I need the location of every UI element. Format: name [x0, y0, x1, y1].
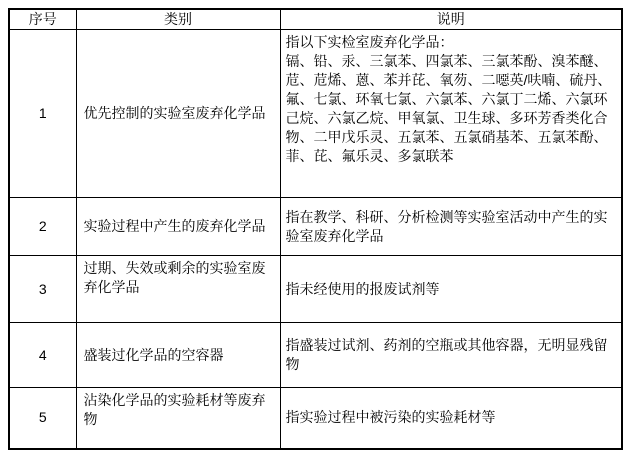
table-row: 3 过期、失效或剩余的实验室废弃化学品 指未经使用的报废试剂等	[9, 256, 622, 323]
description-cell: 指未经使用的报废试剂等	[280, 256, 622, 323]
serial-cell: 2	[9, 198, 76, 256]
serial-cell: 3	[9, 256, 76, 323]
category-cell: 优先控制的实验室废弃化学品	[76, 30, 280, 198]
table-row: 2 实验过程中产生的废弃化学品 指在教学、科研、分析检测等实验室活动中产生的实验…	[9, 198, 622, 256]
description-cell: 指实验过程中被污染的实验耗材等	[280, 388, 622, 449]
table-row: 1 优先控制的实验室废弃化学品 指以下实检室废弃化学品： 镉、铅、汞、三氯苯、四…	[9, 30, 622, 198]
description-cell: 指盛装过试剂、药剂的空瓶或其他容器，无明显残留物	[280, 323, 622, 388]
serial-cell: 5	[9, 388, 76, 449]
serial-cell: 4	[9, 323, 76, 388]
serial-cell: 1	[9, 30, 76, 198]
column-header-serial: 序号	[9, 9, 76, 30]
header-row: 序号 类别 说明	[9, 9, 622, 30]
document-page: 序号 类别 说明 1 优先控制的实验室废弃化学品 指以下实检室废弃化学品： 镉、…	[8, 8, 623, 450]
table-row: 5 沾染化学品的实验耗材等废弃物 指实验过程中被污染的实验耗材等	[9, 388, 622, 449]
category-cell: 过期、失效或剩余的实验室废弃化学品	[76, 256, 280, 323]
description-cell: 指以下实检室废弃化学品： 镉、铅、汞、三氯苯、四氯苯、三氯苯酚、溴苯醚、苊、苊烯…	[280, 30, 622, 198]
column-header-category: 类别	[76, 9, 280, 30]
column-header-description: 说明	[280, 9, 622, 30]
category-cell: 实验过程中产生的废弃化学品	[76, 198, 280, 256]
table-row: 4 盛装过化学品的空容器 指盛装过试剂、药剂的空瓶或其他容器，无明显残留物	[9, 323, 622, 388]
category-cell: 盛装过化学品的空容器	[76, 323, 280, 388]
description-cell: 指在教学、科研、分析检测等实验室活动中产生的实验室废弃化学品	[280, 198, 622, 256]
category-cell: 沾染化学品的实验耗材等废弃物	[76, 388, 280, 449]
lab-waste-category-table: 序号 类别 说明 1 优先控制的实验室废弃化学品 指以下实检室废弃化学品： 镉、…	[8, 8, 623, 450]
